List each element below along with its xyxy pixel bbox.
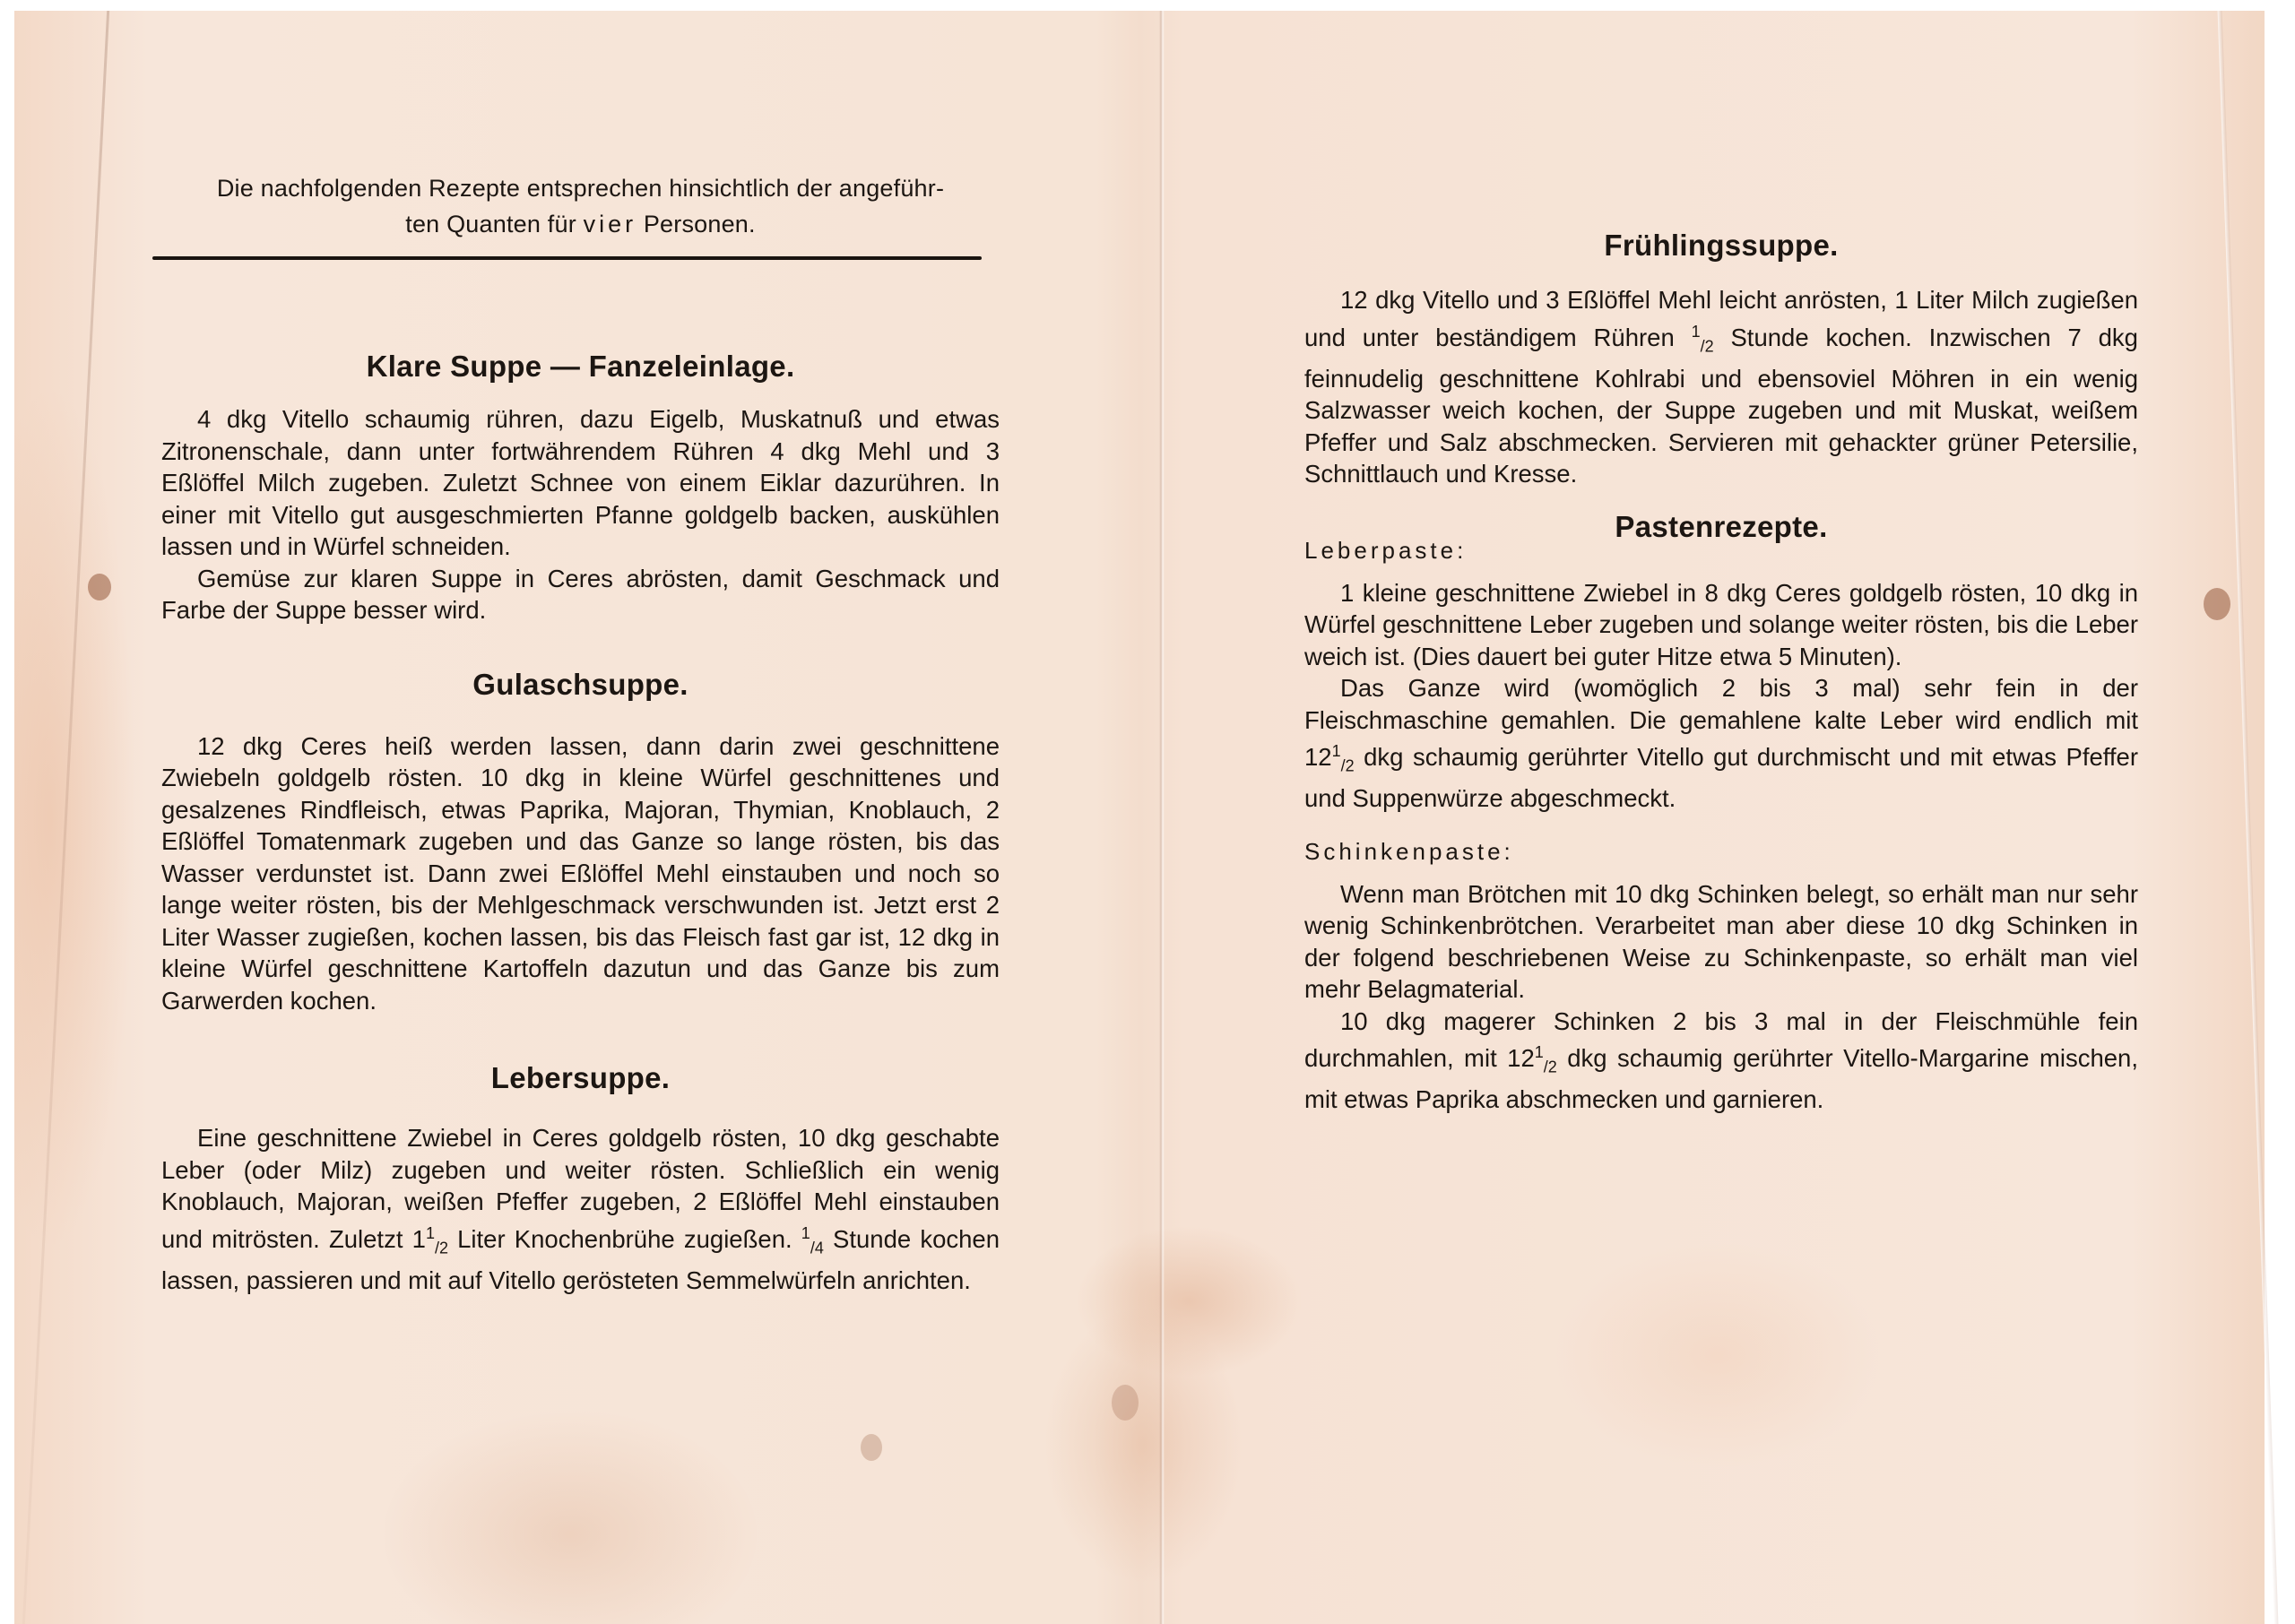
stain-spot	[2204, 588, 2230, 620]
intro-line-2-end: Personen.	[637, 211, 756, 238]
fraction-numerator: 1	[1332, 742, 1341, 760]
fraction-numerator: 1	[1535, 1043, 1544, 1061]
text-run: Liter Knochenbrühe zugießen.	[448, 1225, 801, 1253]
fraction-denominator: /2	[1701, 337, 1714, 355]
stain-spot	[88, 574, 111, 600]
intro-emphasis: vier	[584, 211, 637, 238]
fraction-denominator: /2	[1544, 1058, 1557, 1076]
fraction-numerator: 1	[426, 1224, 435, 1242]
recipe-pastenrezepte: Pastenrezepte. Leberpaste: 1 kleine gesc…	[1304, 510, 2138, 1116]
recipe-title: Klare Suppe — Fanzeleinlage.	[161, 350, 1000, 384]
fraction-denominator: /2	[435, 1239, 448, 1257]
recipe-lebersuppe: Lebersuppe. Eine geschnittene Zwiebel in…	[161, 1061, 1000, 1296]
intro-line-2: ten Quanten für vier Personen.	[161, 206, 1000, 242]
recipe-paragraph: Eine geschnittene Zwiebel in Ceres goldg…	[161, 1122, 1000, 1296]
recipe-title: Gulaschsuppe.	[161, 668, 1000, 702]
recipe-paragraph: 4 dkg Vitello schaumig rühren, dazu Eige…	[161, 403, 1000, 563]
stain-spot	[1112, 1385, 1139, 1421]
intro-line-1: Die nachfolgenden Rezepte entsprechen hi…	[161, 170, 1000, 206]
recipe-fruehlingssuppe: Frühlingssuppe. 12 dkg Vitello und 3 Eßl…	[1304, 229, 2138, 490]
fraction-denominator: /4	[810, 1239, 824, 1257]
recipe-title: Lebersuppe.	[161, 1061, 1000, 1095]
recipe-paragraph: 1 kleine geschnittene Zwiebel in 8 dkg C…	[1304, 577, 2138, 673]
intro-note: Die nachfolgenden Rezepte entsprechen hi…	[161, 170, 1000, 242]
fraction-numerator: 1	[1692, 323, 1701, 341]
text-run: dkg schaumig gerührter Vitello gut durch…	[1304, 743, 2138, 812]
fraction-denominator: /2	[1341, 757, 1355, 775]
center-fold	[1159, 11, 1165, 1624]
fraction-numerator: 1	[801, 1224, 810, 1242]
recipe-paragraph: Wenn man Brötchen mit 10 dkg Schinken be…	[1304, 878, 2138, 1006]
subrecipe-label: Schinkenpaste:	[1304, 838, 2138, 866]
recipe-klare-suppe: Klare Suppe — Fanzeleinlage. 4 dkg Vitel…	[161, 350, 1000, 626]
recipe-title: Frühlingssuppe.	[1304, 229, 2138, 263]
recipe-paragraph: Das Ganze wird (womöglich 2 bis 3 mal) s…	[1304, 672, 2138, 815]
intro-line-2-start: ten Quanten für	[405, 211, 583, 238]
right-page: Frühlingssuppe. 12 dkg Vitello und 3 Eßl…	[1304, 229, 2138, 1116]
recipe-paragraph: 12 dkg Vitello und 3 Eßlöffel Mehl leich…	[1304, 284, 2138, 490]
schinkenpaste: Schinkenpaste: Wenn man Brötchen mit 10 …	[1304, 838, 2138, 1116]
stain-spot	[861, 1434, 882, 1461]
recipe-paragraph: 10 dkg magerer Schinken 2 bis 3 mal in d…	[1304, 1006, 2138, 1116]
leberpaste: Leberpaste: 1 kleine geschnittene Zwiebe…	[1304, 537, 2138, 815]
recipe-paragraph: 12 dkg Ceres heiß werden lassen, dann da…	[161, 730, 1000, 1017]
divider-rule	[152, 256, 982, 260]
recipe-paragraph: Gemüse zur klaren Suppe in Ceres abröste…	[161, 563, 1000, 626]
recipe-gulaschsuppe: Gulaschsuppe. 12 dkg Ceres heiß werden l…	[161, 668, 1000, 1017]
left-page: Die nachfolgenden Rezepte entsprechen hi…	[161, 170, 1000, 1296]
